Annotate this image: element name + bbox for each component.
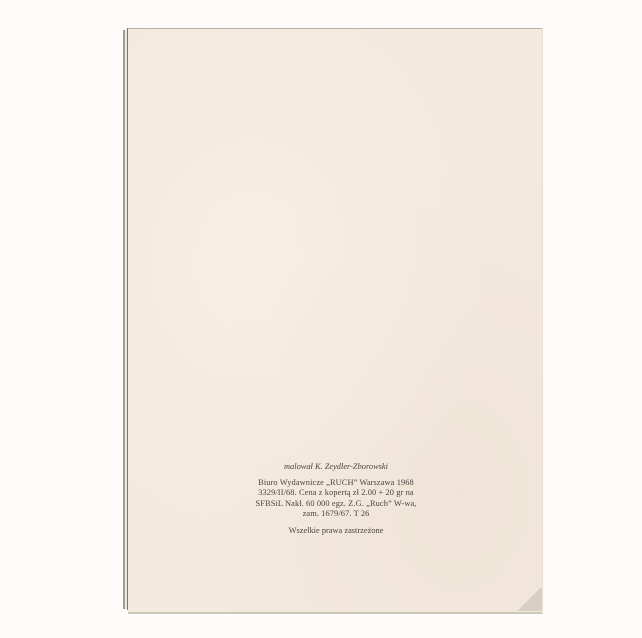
publisher-line-1: Biuro Wydawnicze „RUCH” Warszawa 1968 <box>250 478 422 489</box>
publisher-line-4: zam. 1679/67. T 26 <box>250 509 422 520</box>
rights-notice: Wszelkie prawa zastrzeżone <box>250 526 422 537</box>
publisher-line-3: SFBSiL Nakł. 60 000 egz. Z.G. „Ruch” W-w… <box>250 499 422 510</box>
publisher-imprint: malował K. Zeydler-Zborowski Biuro Wydaw… <box>250 462 422 537</box>
publisher-line-2: 3329/II/68. Cena z kopertą zł 2.00 + 20 … <box>250 488 422 499</box>
artist-credit: malował K. Zeydler-Zborowski <box>250 462 422 473</box>
card-corner-wear <box>516 588 542 611</box>
scanned-page: malował K. Zeydler-Zborowski Biuro Wydaw… <box>0 0 642 638</box>
